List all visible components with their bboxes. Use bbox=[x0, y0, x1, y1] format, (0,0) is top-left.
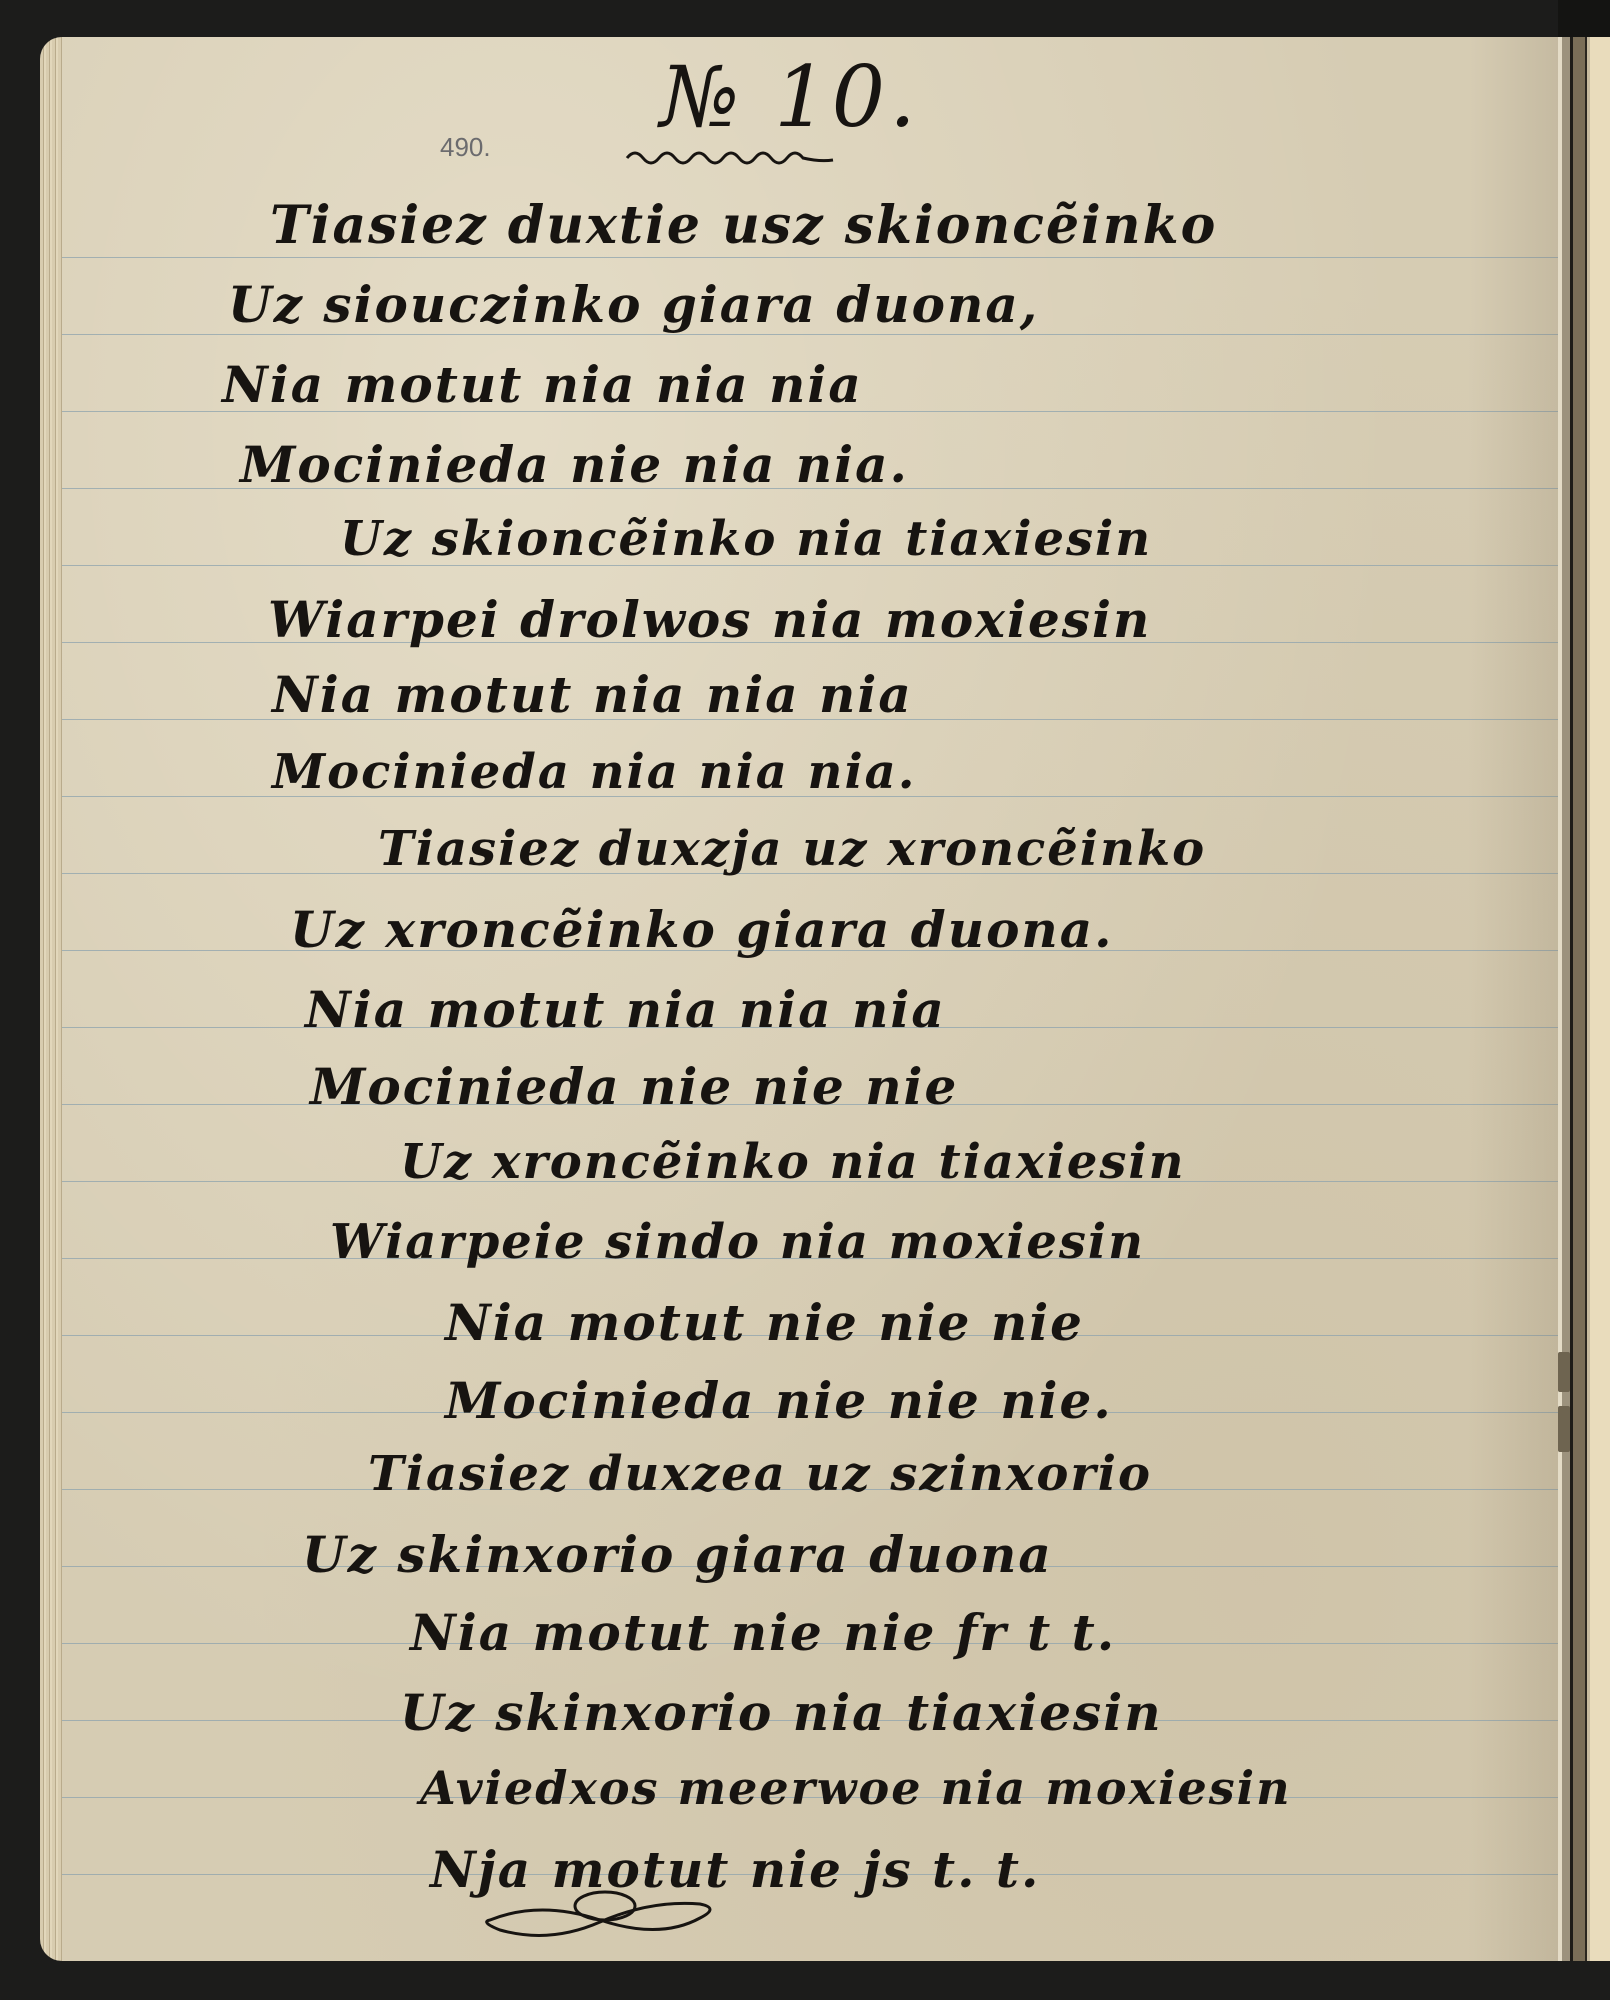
text-line: Nja motut nie js t. t. bbox=[430, 1845, 1040, 1895]
notebook-binding bbox=[1558, 37, 1610, 1961]
text-line: Tiasiez duxzja uz xroncẽinko bbox=[378, 825, 1206, 873]
page-number: 490. bbox=[440, 132, 491, 163]
text-line: Mocinieda nie nia nia. bbox=[240, 440, 909, 490]
closing-flourish bbox=[480, 1890, 730, 1950]
ruled-line bbox=[62, 334, 1558, 335]
text-line: Uz skioncẽinko nia tiaxiesin bbox=[340, 515, 1152, 563]
text-line: Aviedxos meerwoe nia moxiesin bbox=[420, 1765, 1292, 1811]
text-line: Uz skinxorio nia tiaxiesin bbox=[400, 1688, 1163, 1738]
binding-tape-mark bbox=[1558, 1352, 1570, 1392]
text-line: Nia motut nie nie nie bbox=[445, 1298, 1084, 1348]
ruled-line bbox=[62, 257, 1558, 258]
text-line: Wiarpeie sindo nia moxiesin bbox=[330, 1218, 1145, 1266]
text-line: Nia motut nie nie fr t t. bbox=[410, 1608, 1116, 1658]
text-line: Mocinieda nie nie nie. bbox=[445, 1376, 1113, 1426]
text-line: Wiarpei drolwos nia moxiesin bbox=[268, 595, 1151, 645]
heading-underline-flourish bbox=[625, 148, 835, 168]
text-line: Tiasiez duxtie usz skioncẽinko bbox=[270, 200, 1217, 252]
text-line: Uz xroncẽinko nia tiaxiesin bbox=[400, 1138, 1186, 1186]
text-line: Tiasiez duxzea uz szinxorio bbox=[368, 1450, 1152, 1498]
binding-tape-mark bbox=[1558, 1406, 1570, 1452]
text-line: Nia motut nia nia nia bbox=[222, 360, 863, 410]
text-line: Uz skinxorio giara duona bbox=[302, 1530, 1053, 1580]
text-line: Mocinieda nie nie nie bbox=[310, 1062, 958, 1112]
text-line: Mocinieda nia nia nia. bbox=[272, 748, 917, 796]
text-line: Nia motut nia nia nia bbox=[305, 985, 946, 1035]
binding-top-shadow bbox=[1558, 0, 1610, 37]
text-line: Nia motut nia nia nia bbox=[272, 670, 913, 720]
text-line: Uz xroncẽinko giara duona. bbox=[290, 905, 1114, 955]
page-heading: № 10. bbox=[660, 48, 920, 146]
text-line: Uz siouczinko giara duona, bbox=[228, 280, 1039, 330]
